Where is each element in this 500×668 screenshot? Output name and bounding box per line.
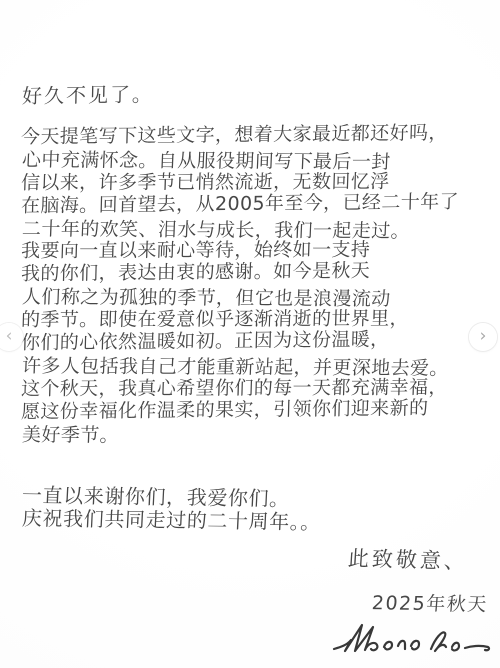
- carousel-next-button[interactable]: ›: [469, 323, 497, 351]
- signature-stroke: [334, 625, 489, 651]
- letter-line: 你们的心依然温暖如初。正因为这份温暖，: [21, 328, 492, 355]
- letter-body: 今天提笔写下这些文字，想着大家最近都还好吗， 心中充满怀念。自从服役期间写下最后…: [21, 126, 491, 446]
- letter-closing: 一直以来谢你们，我爱你们。 庆祝我们共同走过的二十周年。。: [22, 484, 321, 530]
- letter-signoff: 此致敬意、: [347, 542, 469, 575]
- letter-line: 美好季节。: [22, 424, 493, 450]
- letter-date: 2025年秋天: [371, 588, 489, 617]
- letter-line: 愿这份幸福化作温柔的果实，引领你们迎来新的: [21, 396, 492, 423]
- letter-line: 在脑海。回首望去，从2005年至今，已经二十年了: [21, 190, 492, 217]
- letter-line: 今天提笔写下这些文字，想着大家最近都还好吗，: [21, 121, 492, 148]
- letter-greeting: 好久不见了。: [22, 78, 155, 109]
- letter-photo-slide: 好久不见了。 今天提笔写下这些文字，想着大家最近都还好吗， 心中充满怀念。自从服…: [0, 0, 500, 668]
- letter-line: 我的你们，表达由衷的感谢。如今是秋天: [21, 259, 492, 286]
- letter-paper: 好久不见了。 今天提笔写下这些文字，想着大家最近都还好吗， 心中充满怀念。自从服…: [0, 0, 500, 668]
- chevron-left-icon: ‹: [6, 328, 13, 345]
- chevron-right-icon: ›: [480, 328, 487, 345]
- signature-autograph: [332, 618, 494, 666]
- letter-closing-line: 庆祝我们共同走过的二十周年。。: [21, 507, 321, 534]
